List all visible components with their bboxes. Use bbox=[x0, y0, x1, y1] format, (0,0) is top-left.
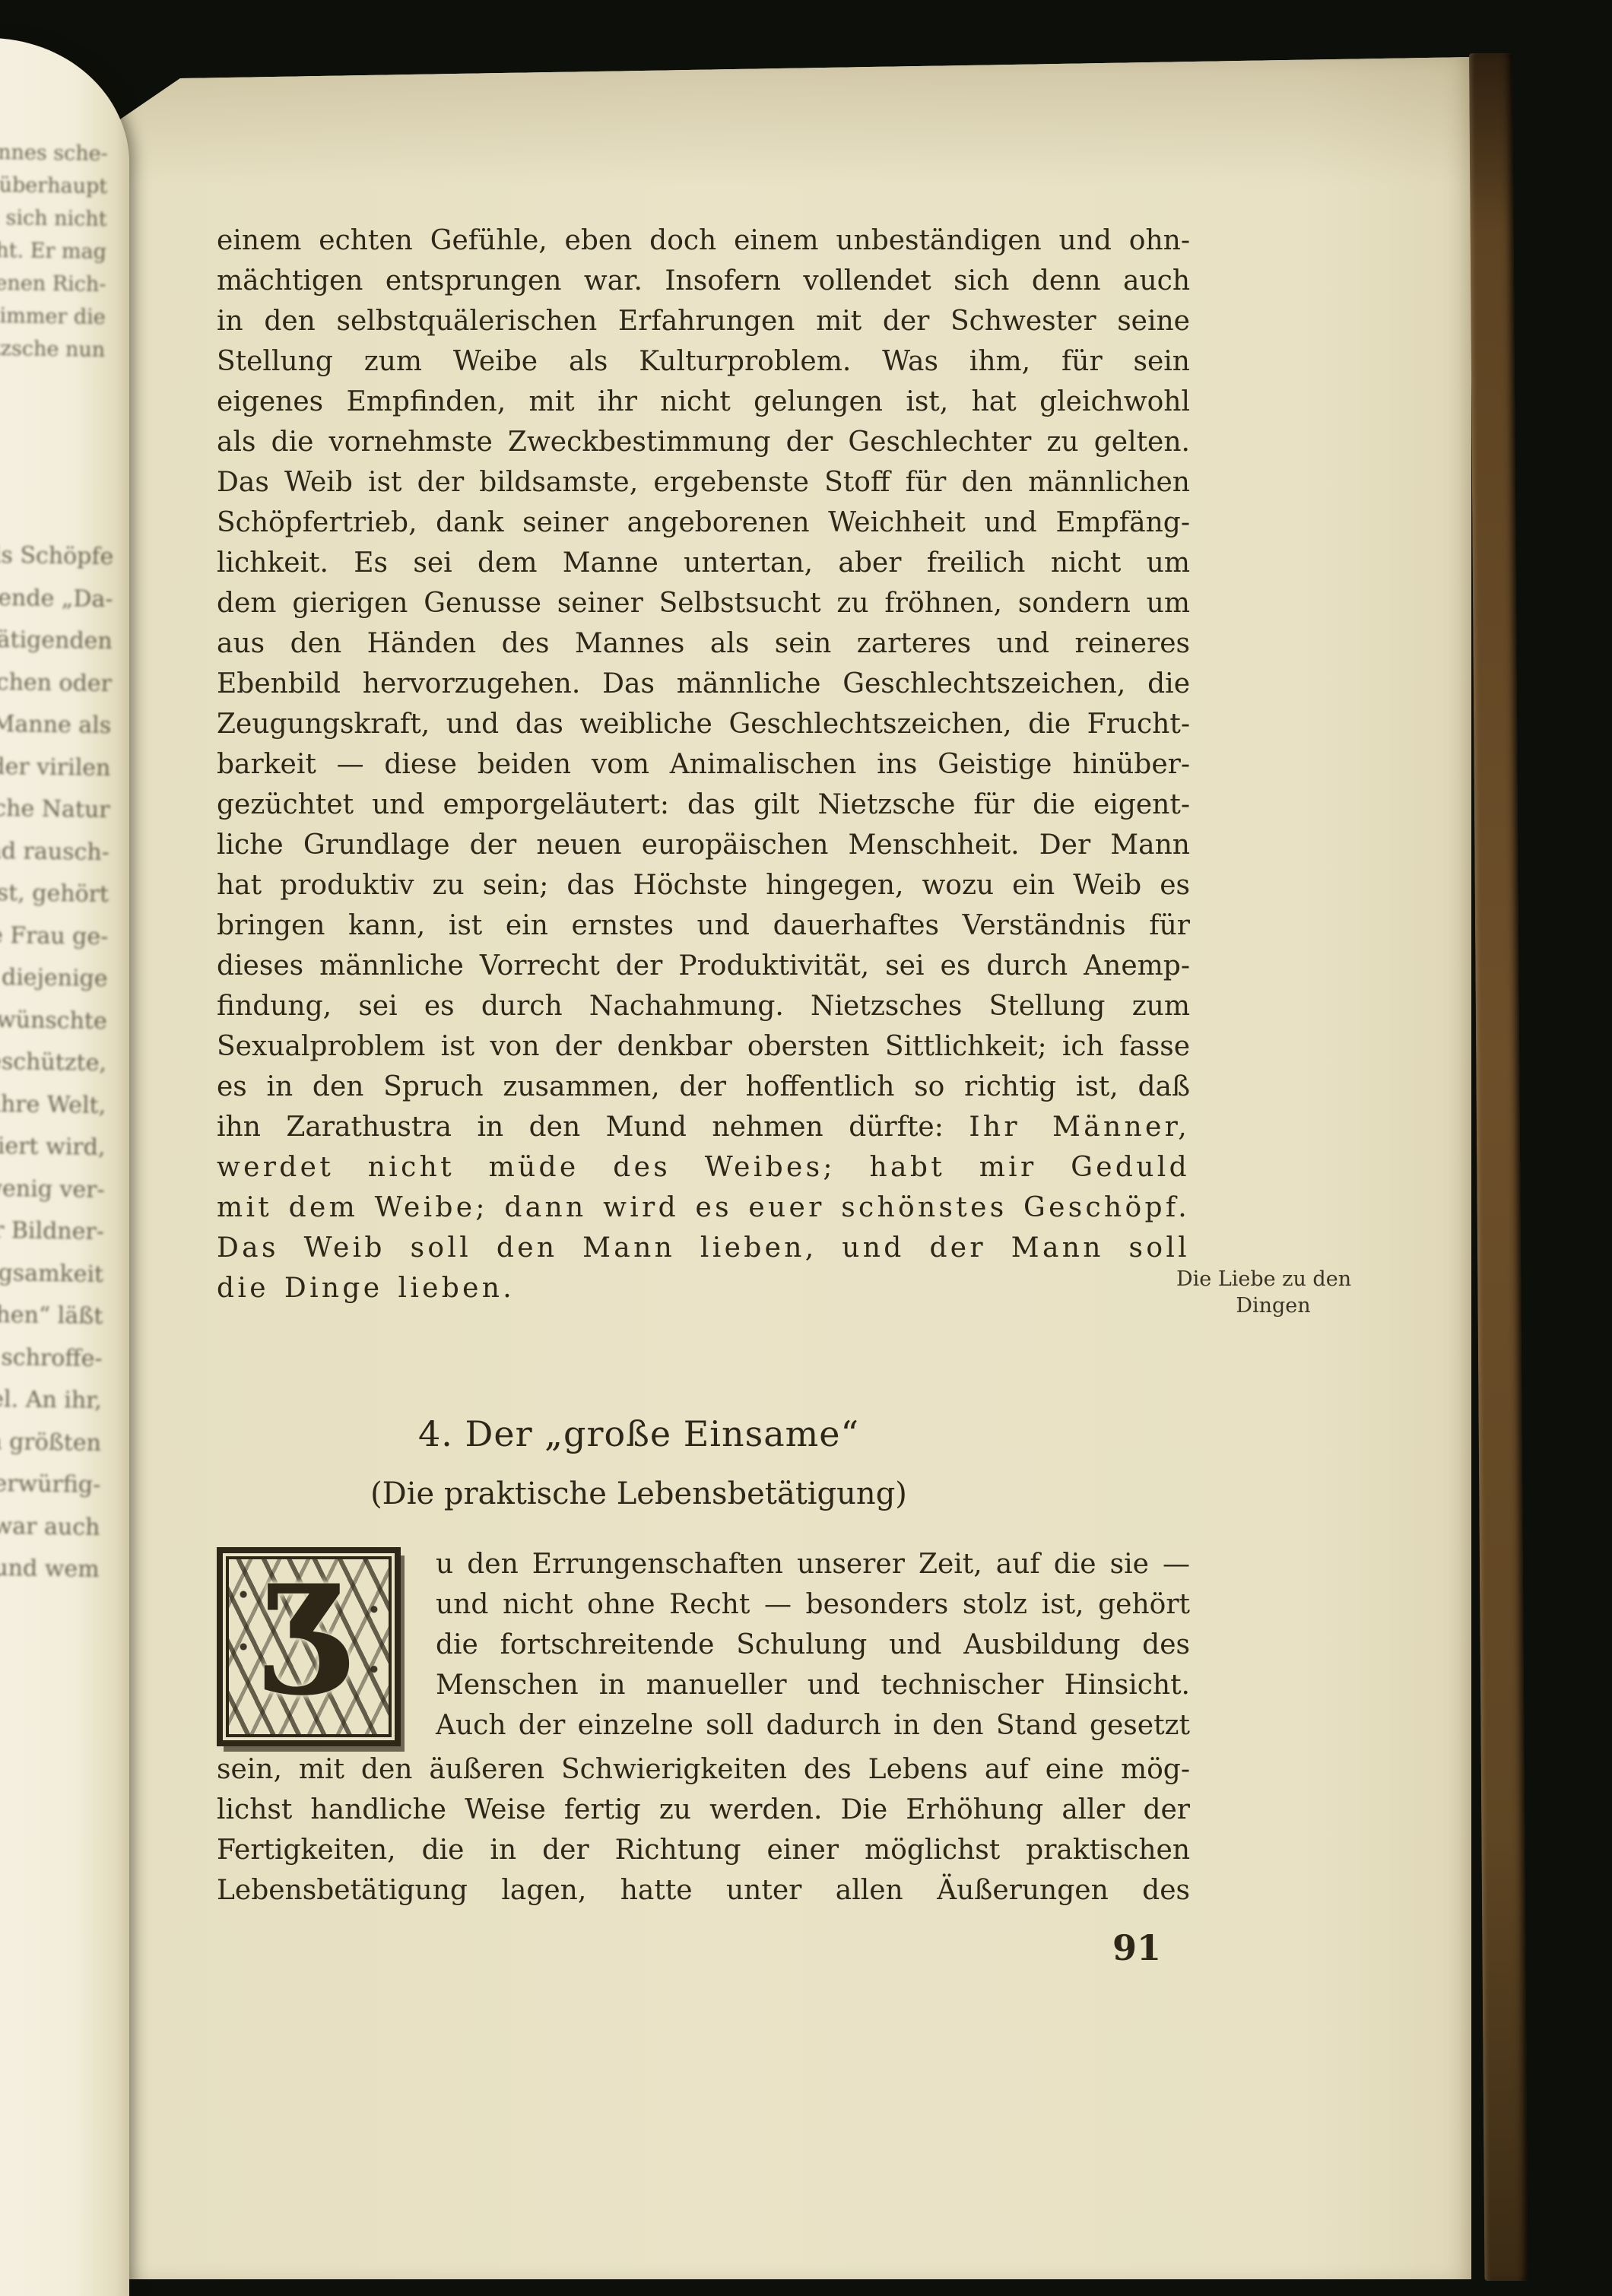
dropcap-row: Ʒ u den Errungenschaften unserer Zeit, a… bbox=[217, 1544, 1190, 1746]
previous-page-curl: Mannes sche-ehren überhauptf man sich ni… bbox=[0, 38, 129, 2296]
page-fragment-line: sich betätigenden bbox=[0, 616, 113, 662]
page-fragment-line: annes ist, gehört bbox=[0, 869, 109, 915]
text-line: ihn Zarathustra in den Mund nehmen dürft… bbox=[217, 1107, 1190, 1147]
page-fragment-line: verfiel. An ihr, bbox=[0, 1375, 102, 1422]
section-heading: 4. Der „große Einsame“ bbox=[217, 1412, 1061, 1456]
book-photo: einem echten Gefühle, eben doch einem un… bbox=[0, 0, 1612, 2296]
margin-note: Die Liebe zu den Dingen bbox=[1176, 1266, 1404, 1319]
previous-page-text-fragments-top: Mannes sche-ehren überhauptf man sich ni… bbox=[0, 133, 108, 366]
text-line: in den selbstquälerischen Erfahrungen mi… bbox=[217, 301, 1190, 341]
page-fragment-line: glückst wenig ver- bbox=[0, 1165, 105, 1211]
page-fragment-line: f man sich nicht bbox=[0, 198, 107, 236]
page-fragment-line: ustig und rausch- bbox=[0, 827, 109, 874]
paragraph-second-indented-lines: u den Errungenschaften unserer Zeit, auf… bbox=[436, 1544, 1190, 1746]
page-fragment-line: Mannes sche- bbox=[0, 133, 108, 170]
text-line: Stellung zum Weibe als Kulturproblem. Wa… bbox=[217, 341, 1190, 382]
page-fragment-line: n als Schöpfe bbox=[0, 531, 114, 578]
text-line: Auch der einzelne soll dadurch in den St… bbox=[436, 1705, 1190, 1746]
initial-letter-z: Ʒ bbox=[259, 1565, 358, 1716]
page-fragment-line: n. Die Frau ge- bbox=[0, 912, 109, 958]
section-subheading: (Die praktische Lebensbetätigung) bbox=[217, 1474, 1061, 1514]
page-fragment-line: war; er wünschte bbox=[0, 996, 107, 1042]
page-fragment-line: sprechende „Da- bbox=[0, 574, 113, 620]
page-fragment-line: an der virilen bbox=[0, 743, 111, 789]
text-line: die fortschreitende Schulung und Ausbild… bbox=[436, 1625, 1190, 1665]
text-line: liche Grundlage der neuen europäischen M… bbox=[217, 825, 1190, 865]
text-line: barkeit — diese beiden vom Animalischen … bbox=[217, 744, 1190, 785]
text-line: Zeugungskraft, und das weibliche Geschle… bbox=[217, 704, 1190, 744]
paragraph-main: einem echten Gefühle, eben doch einem un… bbox=[217, 220, 1190, 1308]
text-line: lichkeit. Es sei dem Manne untertan, abe… bbox=[217, 543, 1190, 583]
text-line: Fertigkeiten, die in der Richtung einer … bbox=[217, 1830, 1190, 1870]
text-line: u den Errungenschaften unserer Zeit, auf… bbox=[436, 1544, 1190, 1584]
page-fragment-line: nd Schmiegsamkeit bbox=[0, 1249, 103, 1295]
margin-note-line: Die Liebe zu den bbox=[1176, 1266, 1404, 1292]
text-line: dem gierigen Genusse seiner Selbstsucht … bbox=[217, 583, 1190, 623]
page-fragment-line: nach dem schroffe- bbox=[0, 1334, 103, 1380]
page-number: 91 bbox=[1112, 1927, 1161, 1968]
page-fragment-line: und zwar auch bbox=[0, 1502, 100, 1548]
previous-page-text-fragments-bottom: n als Schöpfesprechende „Da-sich betätig… bbox=[0, 531, 114, 1590]
text-line: eigenes Empfinden, mit ihr nicht gelunge… bbox=[217, 382, 1190, 422]
text-line: als die vornehmste Zweckbestimmung der G… bbox=[217, 422, 1190, 462]
page-fragment-line: sich, ihre Welt, bbox=[0, 1080, 106, 1127]
text-line: Sexualproblem ist von der denkbar oberst… bbox=[217, 1026, 1190, 1067]
book-binding-edge bbox=[1469, 53, 1528, 2281]
margin-note-line: Dingen bbox=[1176, 1292, 1370, 1319]
text-line: sein, mit den äußeren Schwierigkeiten de… bbox=[217, 1749, 1190, 1790]
page-fragment-line: as machen“ läßt bbox=[0, 1291, 103, 1337]
text-line: und nicht ohne Recht — besonders stolz i… bbox=[436, 1584, 1190, 1625]
text-line: Ebenbild hervorzugehen. Das männliche Ge… bbox=[217, 664, 1190, 704]
page-fragment-line: ch in der Bildner- bbox=[0, 1207, 104, 1253]
text-line: bringen kann, ist ein ernstes und dauerh… bbox=[217, 905, 1190, 946]
text-line: mächtigen entsprungen war. Insofern voll… bbox=[217, 261, 1190, 301]
section-header: 4. Der „große Einsame“ (Die praktische L… bbox=[217, 1412, 1190, 1514]
text-line: Schöpfertrieb, dank seiner angeborenen W… bbox=[217, 503, 1190, 543]
text-line: gezüchtet und emporgeläutert: das gilt N… bbox=[217, 785, 1190, 825]
text-line: es in den Spruch zusammen, der hoffentli… bbox=[217, 1067, 1190, 1107]
text-line: hat produktiv zu sein; das Höchste hinge… bbox=[217, 865, 1190, 905]
page-fragment-line: er den größten bbox=[0, 1418, 101, 1464]
paragraph-second: Ʒ u den Errungenschaften unserer Zeit, a… bbox=[217, 1544, 1190, 1911]
page-fragment-line: schlagenen Rich- bbox=[0, 264, 106, 301]
page-fragment-line: nung und wem bbox=[0, 1544, 100, 1590]
page-fragment-line: geht. Er mag bbox=[0, 231, 106, 268]
paragraph-second-full-lines: sein, mit den äußeren Schwierigkeiten de… bbox=[217, 1749, 1190, 1911]
page-fragment-line: lich immer die bbox=[0, 297, 106, 334]
text-line: aus den Händen des Mannes als sein zarte… bbox=[217, 623, 1190, 664]
text-line: Das Weib ist der bildsamste, ergebenste … bbox=[217, 462, 1190, 503]
text-line: mit dem Weibe; dann wird es euer schönst… bbox=[217, 1188, 1190, 1228]
text-line: lichst handliche Weise fertig zu werden.… bbox=[217, 1790, 1190, 1830]
text-line: dieses männliche Vorrecht der Produktivi… bbox=[217, 946, 1190, 986]
text-line: findung, sei es durch Nachahmung. Nietzs… bbox=[217, 986, 1190, 1026]
page-fragment-line: dem Manne als bbox=[0, 700, 112, 747]
ornamental-initial-frame: Ʒ bbox=[217, 1547, 401, 1746]
text-line: Das Weib soll den Mann lieben, und der M… bbox=[217, 1228, 1190, 1268]
text-line: Lebensbetätigung lagen, hatte unter alle… bbox=[217, 1870, 1190, 1911]
page-fragment-line: ne Unterwürfig- bbox=[0, 1460, 101, 1506]
page-fragment-line: brutalisiert wird, bbox=[0, 1122, 106, 1169]
text-line: Menschen in manueller und technischer Hi… bbox=[436, 1665, 1190, 1705]
book-page: einem echten Gefühle, eben doch einem un… bbox=[65, 57, 1471, 2279]
text-line: die Dinge lieben. bbox=[217, 1268, 1190, 1308]
text-line: einem echten Gefühle, eben doch einem un… bbox=[217, 220, 1190, 261]
page-fragment-line: männlichen oder bbox=[0, 658, 112, 705]
page-fragment-line: ehren überhaupt bbox=[0, 166, 107, 203]
page-fragment-line: männliche Natur bbox=[0, 785, 110, 831]
page-fragment-line: nen Nietzsche nun bbox=[0, 329, 105, 366]
page-fragment-line: ber eine geschützte, bbox=[0, 1038, 106, 1084]
text-line: werdet nicht müde des Weibes; habt mir G… bbox=[217, 1147, 1190, 1188]
page-fragment-line: ld für diejenige bbox=[0, 953, 108, 1000]
